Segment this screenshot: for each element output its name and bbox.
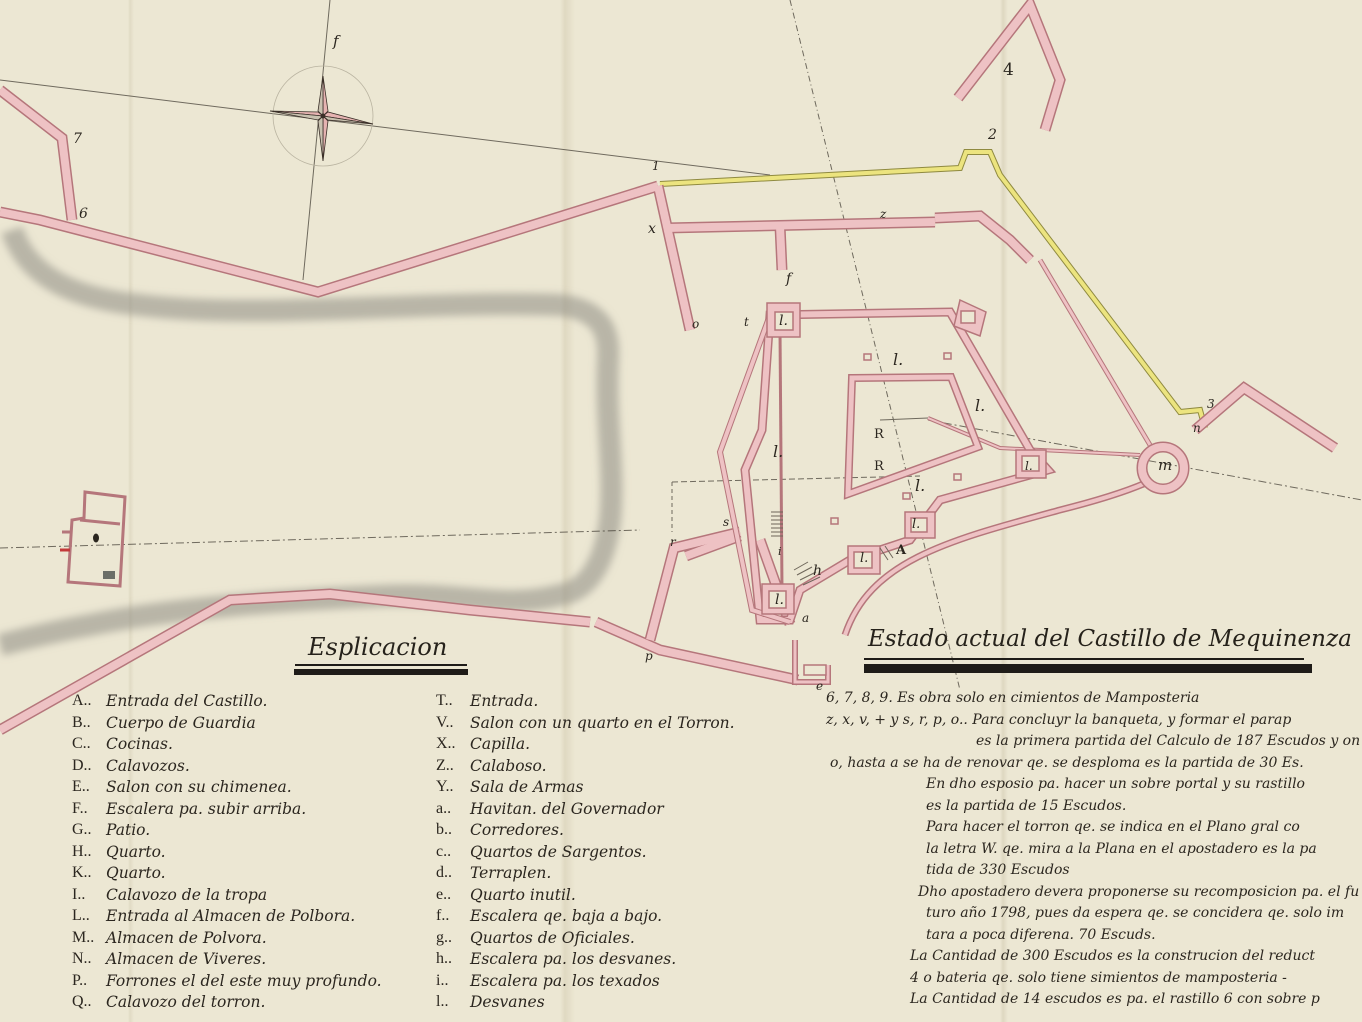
map-label-A: A xyxy=(896,544,906,557)
note-line: o, hasta a se ha de renovar qe. se despl… xyxy=(826,755,1360,777)
fortification-walls xyxy=(0,5,1335,730)
legend-row: a..Havitan. del Governador xyxy=(436,800,735,822)
legend-column-2: T..Entrada. V..Salon con un quarto en el… xyxy=(436,692,735,1015)
note-line: En dho esposio pa. hacer un sobre portal… xyxy=(826,776,1360,798)
outbuilding xyxy=(60,492,125,586)
map-label-h: h xyxy=(813,564,822,578)
legend-row: I..Calavozo de la tropa xyxy=(72,886,382,908)
legend-row: Y..Sala de Armas xyxy=(436,778,735,800)
note-line: 4 o bateria qe. solo tiene simientos de … xyxy=(826,970,1360,992)
map-label-x: x xyxy=(648,222,656,236)
legend-row: C..Cocinas. xyxy=(72,735,382,757)
legend-row: l..Desvanes xyxy=(436,993,735,1015)
map-label-t: t xyxy=(744,316,749,328)
map-label-l2: l. xyxy=(975,398,985,414)
legend-row: i..Escalera pa. los texados xyxy=(436,972,735,994)
legend-row: e..Quarto inutil. xyxy=(436,886,735,908)
map-label-i: i xyxy=(778,546,782,557)
note-line: 6, 7, 8, 9. Es obra solo en cimientos de… xyxy=(826,690,1360,712)
note-line: La Cantidad de 300 Escudos es la constru… xyxy=(826,948,1360,970)
map-label-l5: l. xyxy=(779,314,788,328)
map-label-6: 6 xyxy=(79,207,88,221)
map-label-l8: l. xyxy=(860,552,868,565)
compass-north-label: f xyxy=(333,34,339,49)
map-label-2: 2 xyxy=(988,128,997,142)
map-label-l3: l. xyxy=(773,444,783,460)
legend-title-bar xyxy=(294,669,468,675)
legend-row: V..Salon con un quarto en el Torron. xyxy=(436,714,735,736)
legend-row: K..Quarto. xyxy=(72,864,382,886)
plan-title: Estado actual del Castillo de Mequinenza xyxy=(868,626,1352,652)
map-label-l9: l. xyxy=(912,518,920,531)
map-label-l1: l. xyxy=(893,352,903,368)
map-label-e: e xyxy=(816,680,823,692)
map-label-3: 3 xyxy=(1207,398,1215,410)
plan-title-bar xyxy=(864,664,1312,673)
note-line: la letra W. qe. mira a la Plana en el ap… xyxy=(826,841,1360,863)
legend-row: c..Quartos de Sargentos. xyxy=(436,843,735,865)
note-line: z, x, v, + y s, r, p, o.. Para concluyr … xyxy=(826,712,1360,734)
note-line: es la partida de 15 Escudos. xyxy=(826,798,1360,820)
legend-title: Esplicacion xyxy=(308,633,447,661)
compass-rose-icon xyxy=(270,66,373,166)
legend-column-1: A..Entrada del Castillo. B..Cuerpo de Gu… xyxy=(72,692,382,1015)
map-label-m: m xyxy=(1158,458,1172,473)
map-label-l6: l. xyxy=(775,593,784,607)
legend-row: P..Forrones el del este muy profundo. xyxy=(72,972,382,994)
legend-row: F..Escalera pa. subir arriba. xyxy=(72,800,382,822)
legend-row: E..Salon con su chimenea. xyxy=(72,778,382,800)
legend-row: b..Corredores. xyxy=(436,821,735,843)
legend-row: G..Patio. xyxy=(72,821,382,843)
cost-notes: 6, 7, 8, 9. Es obra solo en cimientos de… xyxy=(826,690,1360,1013)
survey-lines xyxy=(0,0,1362,690)
map-label-7: 7 xyxy=(73,132,82,146)
legend-row: H..Quarto. xyxy=(72,843,382,865)
map-label-s: s xyxy=(723,516,729,528)
map-label-n: n xyxy=(1193,422,1201,434)
map-label-4: 4 xyxy=(1003,62,1014,79)
legend-row: Z..Calaboso. xyxy=(436,757,735,779)
map-label-l7: l. xyxy=(1025,460,1033,472)
legend-row: L..Entrada al Almacen de Polbora. xyxy=(72,907,382,929)
note-line: turo año 1798, pues da espera qe. se con… xyxy=(826,905,1360,927)
legend-title-underline xyxy=(295,664,467,666)
map-label-r: r xyxy=(670,536,676,548)
plan-title-underline xyxy=(864,658,1304,660)
legend-row: M..Almacen de Polvora. xyxy=(72,929,382,951)
map-label-1: 1 xyxy=(652,160,660,172)
legend-row: d..Terraplen. xyxy=(436,864,735,886)
note-line: La Cantidad de 14 escudos es pa. el rast… xyxy=(826,991,1360,1013)
map-label-p: p xyxy=(645,650,653,662)
note-line: es la primera partida del Calculo de 187… xyxy=(826,733,1360,755)
note-line: tida de 330 Escudos xyxy=(826,862,1360,884)
map-label-f: f xyxy=(786,272,791,286)
legend-row: N..Almacen de Viveres. xyxy=(72,950,382,972)
map-label-a: a xyxy=(802,612,809,624)
legend-row: T..Entrada. xyxy=(436,692,735,714)
map-label-R1: R xyxy=(874,428,884,441)
legend-row: D..Calavozos. xyxy=(72,757,382,779)
map-label-l4: l. xyxy=(915,478,925,494)
legend-row: Q..Calavozo del torron. xyxy=(72,993,382,1015)
note-line: Dho apostadero devera proponerse su reco… xyxy=(826,884,1360,906)
legend-row: f..Escalera qe. baja a bajo. xyxy=(436,907,735,929)
legend-row: B..Cuerpo de Guardia xyxy=(72,714,382,736)
note-line: tara a poca diferena. 70 Escuds. xyxy=(826,927,1360,949)
legend-row: g..Quartos de Oficiales. xyxy=(436,929,735,951)
legend-row: A..Entrada del Castillo. xyxy=(72,692,382,714)
legend-row: X..Capilla. xyxy=(436,735,735,757)
legend-row: h..Escalera pa. los desvanes. xyxy=(436,950,735,972)
map-label-R2: R xyxy=(874,460,884,473)
map-label-z: z xyxy=(880,208,886,220)
map-label-o: o xyxy=(692,318,699,330)
note-line: Para hacer el torron qe. se indica en el… xyxy=(826,819,1360,841)
